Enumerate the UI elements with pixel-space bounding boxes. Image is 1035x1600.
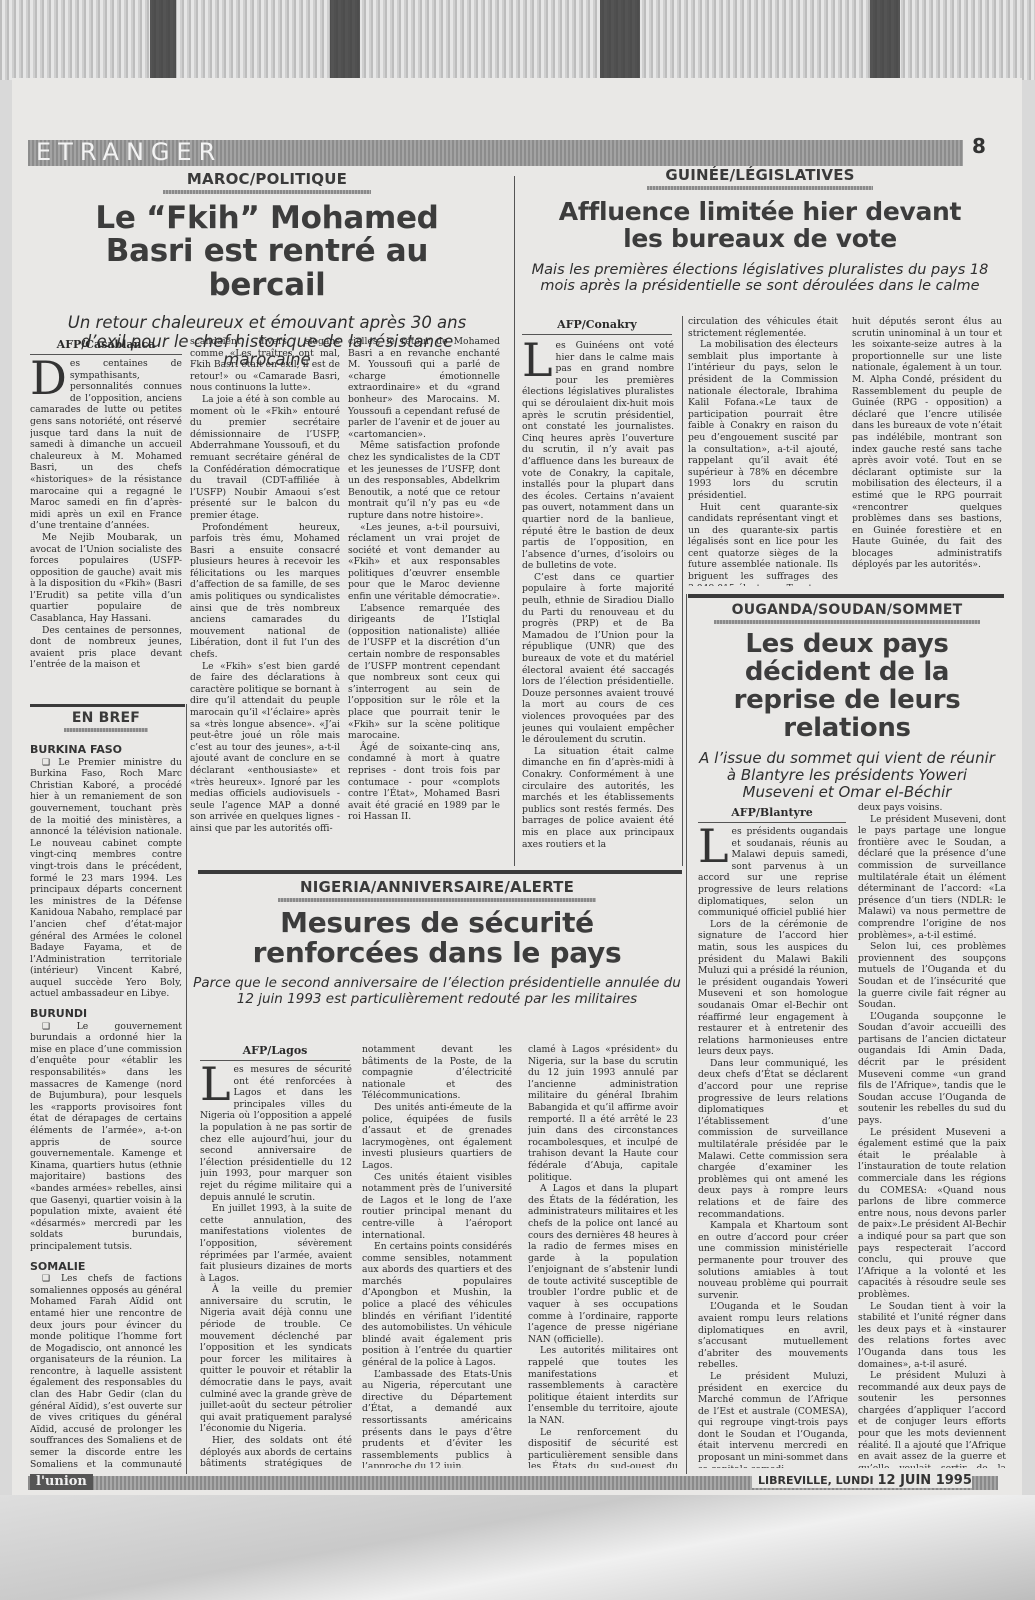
paragraph: L’Ouganda soupçonne le Soudan d’avoir ac… <box>858 1011 1006 1127</box>
paragraph: La joie a été à son comble au moment où … <box>190 394 340 522</box>
kicker-rule <box>647 186 873 190</box>
article-column: cielles, le retour de Mohamed Basri a en… <box>348 336 500 866</box>
brief-text: Le gouvernement burundais a ordonné hier… <box>30 1021 182 1252</box>
brief-text: Les chefs de factions somaliennes opposé… <box>30 1273 182 1468</box>
drop-cap: L <box>522 341 553 379</box>
footer-date: 12 JUIN 1995 <box>877 1473 971 1488</box>
scan-bottom-edge <box>0 1495 1035 1600</box>
article-byline: AFP/Lagos <box>200 1044 350 1061</box>
paragraph: Le Soudan tient à voir la stabilité et l… <box>858 1301 1006 1371</box>
paragraph: Ces unités étaient visibles notamment pr… <box>362 1172 512 1242</box>
paragraph: A Lagos et dans la plupart des États de … <box>528 1183 678 1345</box>
scan-top-edge <box>0 0 1035 80</box>
article-kicker: OUGANDA/SOUDAN/SOMMET <box>690 602 1004 618</box>
kicker-rule <box>278 898 596 902</box>
paragraph: Le renforcement du dispositif de sécurit… <box>528 1427 678 1468</box>
nigeria-top-rule <box>198 870 682 874</box>
kicker-rule <box>714 620 980 624</box>
paragraph: L’Ouganda et le Soudan avaient rompu leu… <box>698 1301 848 1371</box>
drop-cap: L <box>200 1065 231 1103</box>
paragraph: Profondément heureux, parfois très ému, … <box>190 522 340 661</box>
paragraph: Selon lui, ces problèmes proviennent des… <box>858 941 1006 1011</box>
article-headline: Les deux pays décident de la reprise de … <box>696 630 998 742</box>
article-deck: A l’issue du sommet qui vient de réunir … <box>694 750 1000 800</box>
paragraph: L’ambassade des Etats-Unis au Nigeria, r… <box>362 1369 512 1468</box>
article-nigeria: NIGERIA/ANNIVERSAIRE/ALERTE Mesures de s… <box>190 878 684 1007</box>
article-guinee: GUINÉE/LÉGISLATIVES Affluence limitée hi… <box>520 166 1000 294</box>
checkbox-bullet-icon: ❑ <box>42 757 58 768</box>
article-column: deux pays voisins. Le président Museveni… <box>858 802 1006 1468</box>
brief-text: Le Premier ministre du Burkina Faso, Roc… <box>30 757 182 1000</box>
article-column: circulation des véhicules était strictem… <box>688 316 838 586</box>
article-kicker: MAROC/POLITIQUE <box>28 170 506 188</box>
paragraph: C’est dans ce quartier populaire à forte… <box>522 572 674 746</box>
paragraph: À la veille du premier anniversaire du s… <box>200 1284 352 1435</box>
paragraph: Âgé de soixante-cinq ans, condamné à mor… <box>348 742 500 823</box>
section-title: ETRANGER <box>36 138 222 166</box>
en-bref-title: EN BREF <box>30 710 182 726</box>
paragraph: circulation des véhicules était strictem… <box>688 316 838 339</box>
checkbox-bullet-icon: ❑ <box>42 1273 61 1284</box>
article-byline: AFP/Casablanca <box>30 338 182 355</box>
article-column: huit députés seront élus au scrutin unin… <box>852 316 1002 586</box>
paragraph: L’absence remarquée des dirigeants de l’… <box>348 603 500 742</box>
page-number: 8 <box>972 134 986 158</box>
column-divider <box>682 316 683 866</box>
article-ouganda: OUGANDA/SOUDAN/SOMMET Les deux pays déci… <box>690 602 1004 801</box>
article-column: Les mesures de sécurité ont été renforcé… <box>200 1064 352 1468</box>
paragraph: cielles, le retour de Mohamed Basri a en… <box>348 336 500 440</box>
paragraph: Dans leur communiqué, les deux chefs d’É… <box>698 1058 848 1220</box>
article-deck: Mais les premières élections législative… <box>520 262 1000 294</box>
column-divider <box>686 594 687 1474</box>
paragraph: Des unités anti-émeute de la police, équ… <box>362 1102 512 1172</box>
paragraph: Me Nejib Moubarak, un avocat de l’Union … <box>30 532 182 625</box>
paragraph: Des centaines de personnes, dont de nomb… <box>30 625 182 671</box>
paragraph: Le président Museveni a également estimé… <box>858 1127 1006 1301</box>
kicker-rule <box>163 190 371 194</box>
paragraph: «Les jeunes, a-t-il poursuivi, réclament… <box>348 522 500 603</box>
paragraph: En certains points considérés comme sens… <box>362 1241 512 1369</box>
paragraph: Le président Museveni, dont le pays part… <box>858 814 1006 942</box>
article-column: notamment devant les bâtiments de la Pos… <box>362 1044 512 1468</box>
paragraph: Hier, des soldats ont été déployés aux a… <box>200 1435 352 1468</box>
paragraph: scandaient divers slogans comme «Les tra… <box>190 336 340 394</box>
article-column: clamé à Lagos «président» du Nigeria, su… <box>528 1044 678 1468</box>
article-byline: AFP/Conakry <box>522 318 672 335</box>
footer-city-day: LIBREVILLE, LUNDI <box>758 1474 874 1487</box>
footer-dateline: LIBREVILLE, LUNDI 12 JUIN 1995 <box>752 1473 972 1488</box>
brief-country: SOMALIE <box>30 1261 182 1273</box>
paragraph: En juillet 1993, à la suite de cette ann… <box>200 1203 352 1284</box>
article-column: Des centaines de sympathisants, personna… <box>30 358 182 688</box>
paragraph: Le président Muluzi, président en exerci… <box>698 1371 848 1468</box>
article-deck: Parce que le second anniversaire de l’él… <box>190 976 684 1006</box>
paragraph: Lors de la cérémonie de signature de l’a… <box>698 919 848 1058</box>
paragraph: Kampala et Khartoum sont en outre d’acco… <box>698 1220 848 1301</box>
newspaper-logo: l'union <box>30 1474 93 1490</box>
article-headline: Le “Fkih” Mohamed Basri est rentré au be… <box>68 202 466 302</box>
brief-item: SOMALIE ❑ Les chefs de factions somalien… <box>30 1261 182 1468</box>
brief-country: BURKINA FASO <box>30 744 182 756</box>
paragraph: Le président Muluzi à recommandé aux deu… <box>858 1370 1006 1468</box>
en-bref-list: BURKINA FASO ❑ Le Premier ministre du Bu… <box>30 738 182 1468</box>
article-kicker: GUINÉE/LÉGISLATIVES <box>520 166 1000 184</box>
en-bref-box: EN BREF <box>30 710 182 732</box>
brief-item: BURKINA FASO ❑ Le Premier ministre du Bu… <box>30 744 182 1000</box>
section-header-bar: ETRANGER <box>28 140 963 166</box>
column-divider <box>186 704 187 1474</box>
column-divider <box>514 176 515 866</box>
paragraph: Le «Fkih» s’est bien gardé de faire des … <box>190 661 340 835</box>
paragraph: clamé à Lagos «président» du Nigeria, su… <box>528 1044 678 1183</box>
paragraph: La situation était calme dimanche en fin… <box>522 746 674 850</box>
article-headline: Affluence limitée hier devant les bureau… <box>540 198 980 252</box>
checkbox-bullet-icon: ❑ <box>42 1021 77 1032</box>
paragraph: deux pays voisins. <box>858 802 1006 814</box>
article-byline: AFP/Blantyre <box>698 806 846 823</box>
kicker-rule <box>64 728 148 732</box>
paragraph: La mobilisation des électeurs semblait p… <box>688 339 838 501</box>
paragraph: huit députés seront élus au scrutin unin… <box>852 316 1002 571</box>
brief-country: BURUNDI <box>30 1008 182 1020</box>
article-headline: Mesures de sécurité renforcées dans le p… <box>220 908 654 968</box>
article-column: scandaient divers slogans comme «Les tra… <box>190 336 340 866</box>
drop-cap: D <box>30 359 67 397</box>
article-column: Les présidents ougandais et soudanais, r… <box>698 826 848 1468</box>
paragraph: Même satisfaction profonde chez les synd… <box>348 440 500 521</box>
en-bref-top-rule <box>30 704 185 707</box>
paragraph: Huit cent quarante-six candidats représe… <box>688 502 838 587</box>
article-column: Les Guinéens ont voté hier dans le calme… <box>522 340 674 860</box>
paragraph: Les autorités militaires ont rappelé que… <box>528 1345 678 1426</box>
article-kicker: NIGERIA/ANNIVERSAIRE/ALERTE <box>190 878 684 896</box>
ouganda-top-rule <box>688 594 1004 598</box>
drop-cap: L <box>698 827 729 865</box>
brief-item: BURUNDI ❑ Le gouvernement burundais a or… <box>30 1008 182 1252</box>
paragraph: notamment devant les bâtiments de la Pos… <box>362 1044 512 1102</box>
